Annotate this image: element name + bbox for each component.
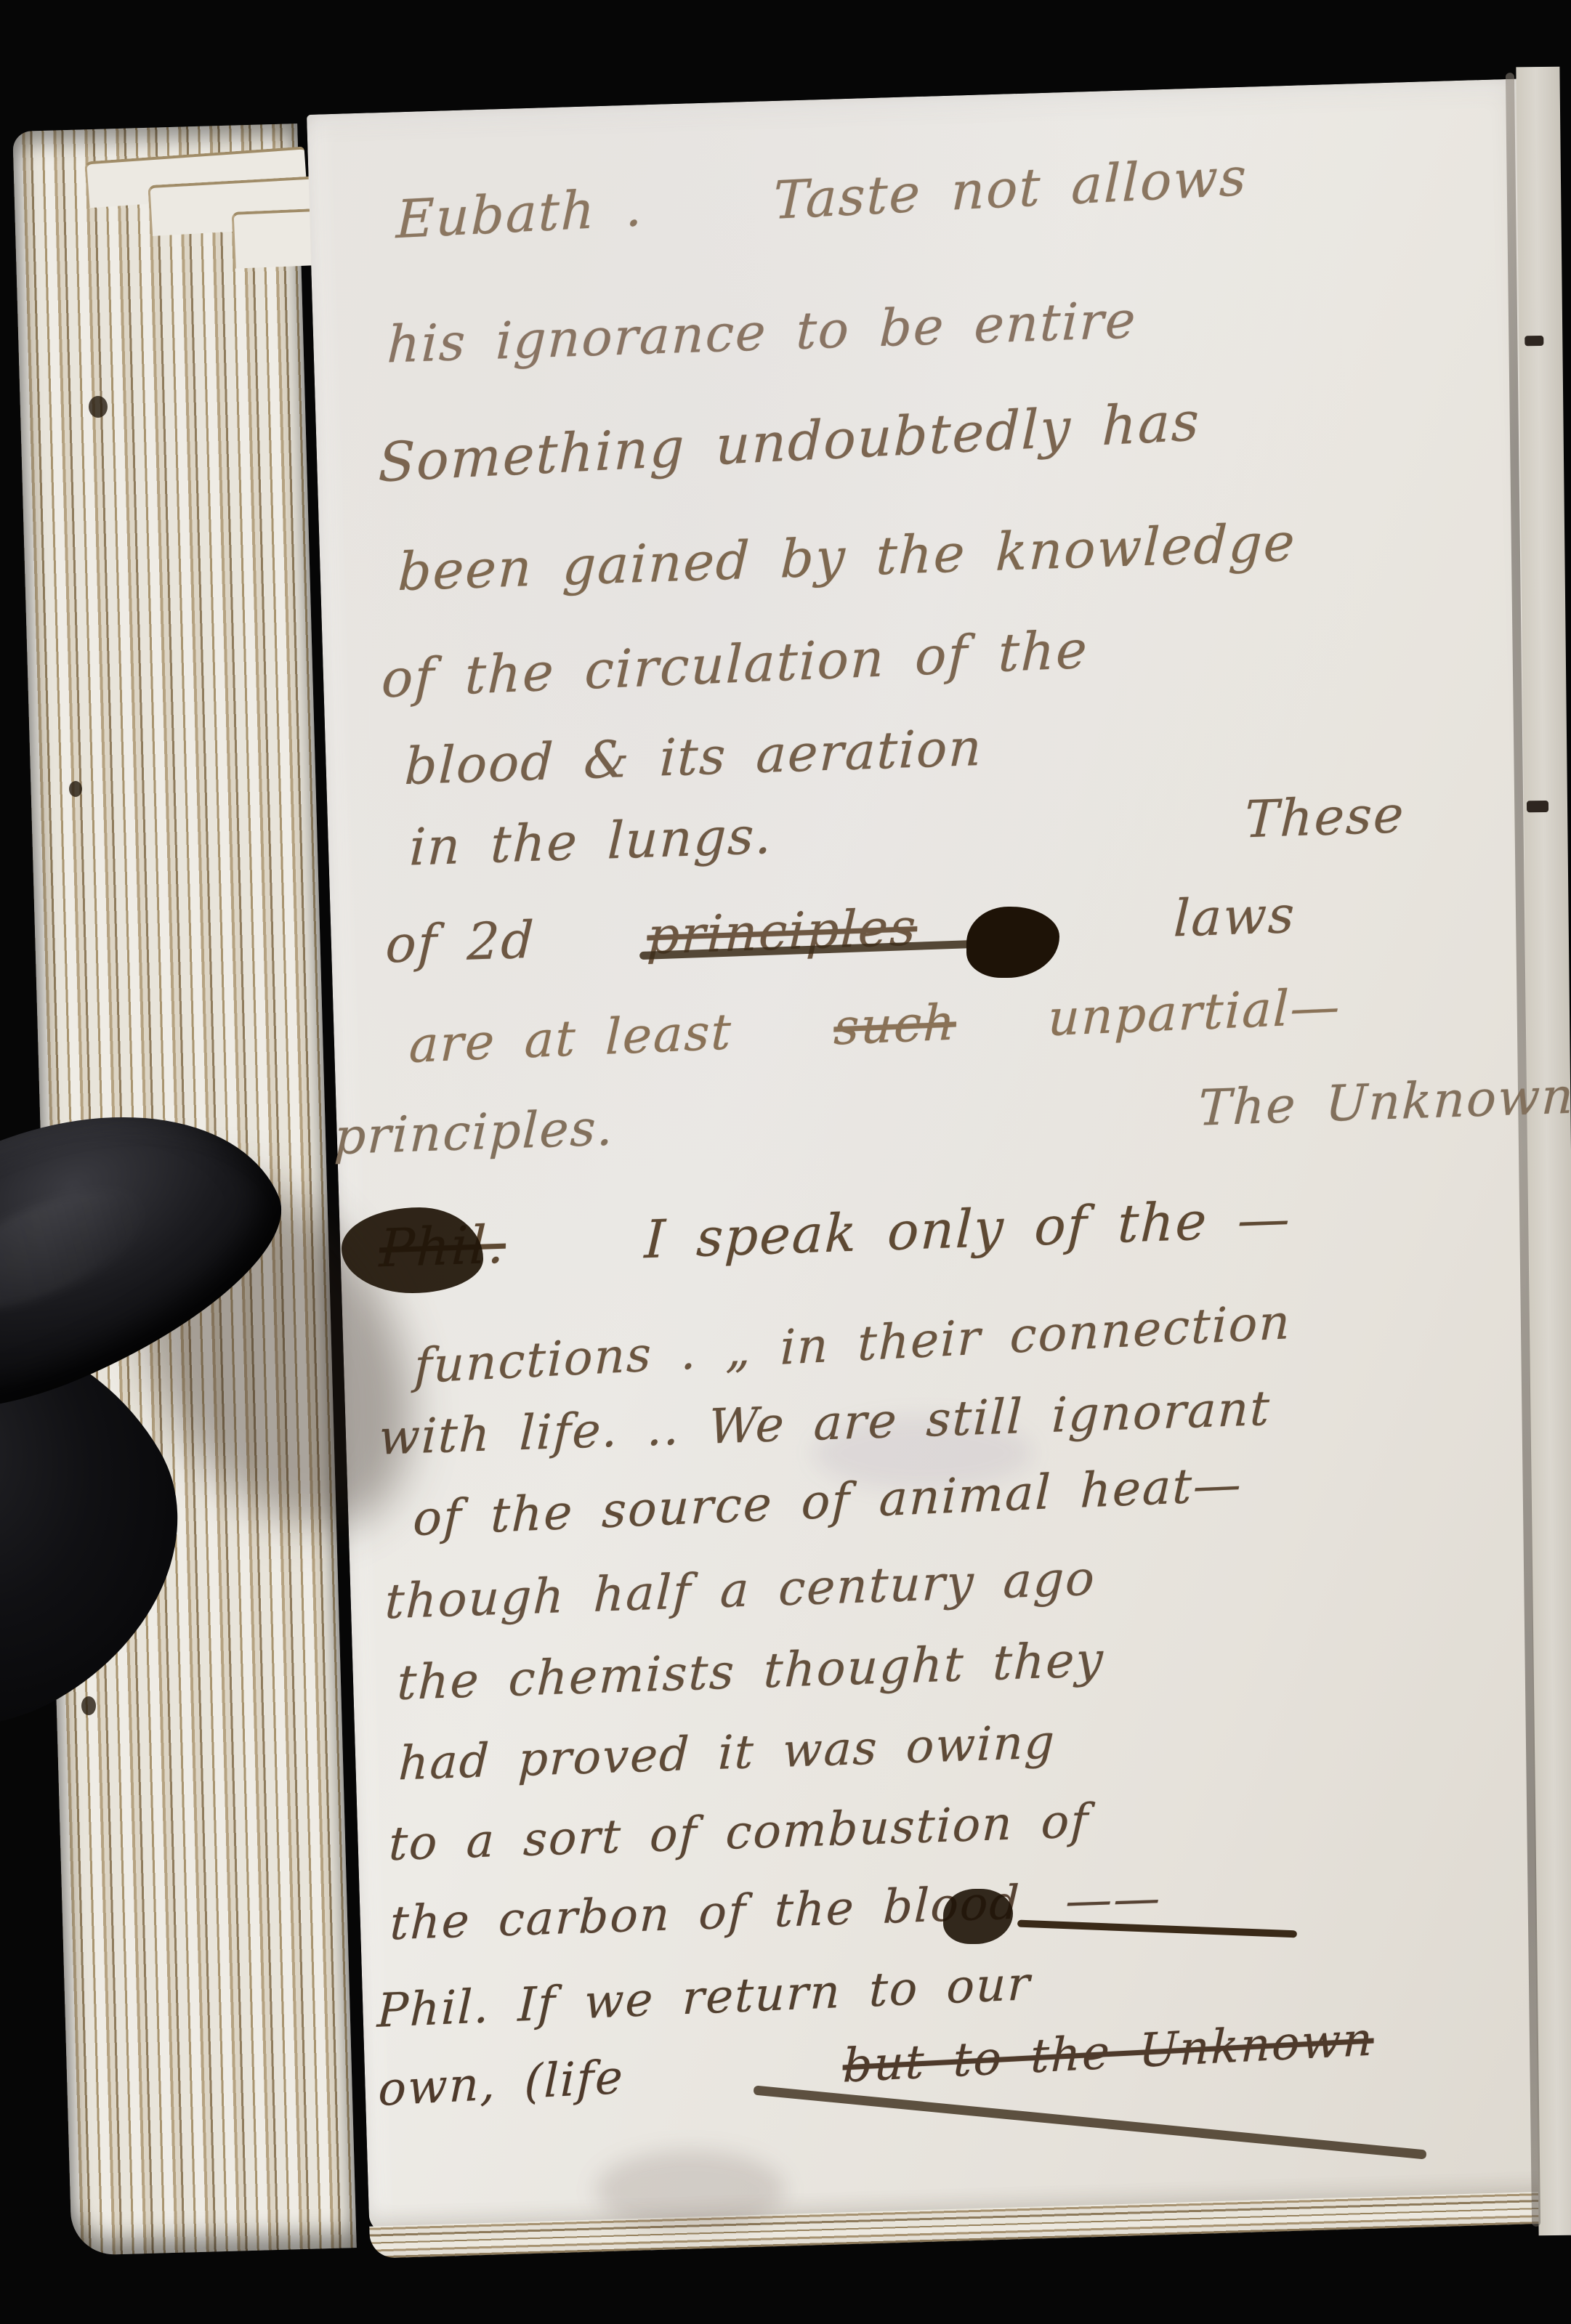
manuscript-word: Eubath .	[395, 177, 644, 250]
manuscript-word: been gained by the knowledge	[397, 511, 1297, 602]
manuscript-line: in the lungs.These	[408, 806, 774, 878]
manuscript-word: The Unknown	[1198, 1067, 1571, 1137]
manuscript-word: to a sort of combustion of	[388, 1794, 1090, 1871]
struck-text: such	[833, 994, 957, 1056]
manuscript-line: principles.The Unknown	[333, 1099, 615, 1166]
manuscript-word: though half a century ago	[384, 1550, 1097, 1630]
manuscript-line: to a sort of combustion of	[388, 1794, 1090, 1871]
manuscript-line: the carbon of the blood——	[389, 1876, 1022, 1951]
manuscript-line: of the circulation of the	[381, 619, 1089, 710]
manuscript-word: unpartial—	[1047, 978, 1341, 1048]
manuscript-word: with life. .. We are still ignorant	[378, 1380, 1272, 1466]
manuscript-text-layer: Eubath .Taste not allowshis ignorance to…	[0, 0, 1571, 2324]
manuscript-line: Phil. If we return to our	[376, 1957, 1032, 2038]
manuscript-word: his ignorance to be entire	[386, 290, 1138, 374]
manuscript-word: blood & its aeration	[403, 718, 983, 797]
manuscript-line: blood & its aeration	[403, 718, 983, 797]
manuscript-line: own, (lifebut to the Unknown	[378, 2051, 625, 2117]
manuscript-line: of the source of animal heat—	[412, 1456, 1243, 1547]
manuscript-line: his ignorance to be entire	[386, 290, 1138, 374]
manuscript-word: laws	[1173, 885, 1297, 949]
manuscript-line: Eubath .Taste not allows	[395, 177, 644, 250]
manuscript-word: These	[1244, 785, 1406, 849]
manuscript-line: the chemists thought they	[396, 1632, 1105, 1711]
struck-text: but to the Unknown	[842, 2012, 1374, 2093]
manuscript-word: of the circulation of the	[381, 619, 1089, 710]
manuscript-photo-scene: Eubath .Taste not allowshis ignorance to…	[0, 0, 1571, 2324]
manuscript-word: in the lungs.	[408, 806, 774, 878]
manuscript-word: the chemists thought they	[396, 1632, 1105, 1711]
manuscript-line: functions . „ in their connection	[413, 1294, 1291, 1394]
manuscript-word: own, (life	[378, 2051, 625, 2117]
manuscript-line: are at leastsuchunpartial—	[408, 1003, 733, 1074]
manuscript-word: ——	[1065, 1871, 1163, 1929]
manuscript-word: Taste not allows	[773, 146, 1248, 231]
manuscript-word: I speak only of the —	[644, 1188, 1293, 1271]
manuscript-word: are at least	[408, 1003, 733, 1074]
manuscript-line: of 2dprincipleslaws	[384, 910, 536, 975]
manuscript-line: though half a century ago	[384, 1550, 1097, 1630]
manuscript-line: been gained by the knowledge	[397, 511, 1297, 602]
manuscript-word: of 2d	[384, 910, 536, 975]
manuscript-line: Something undoubtedly has	[378, 390, 1201, 495]
manuscript-line: had proved it was owing	[397, 1715, 1057, 1791]
manuscript-word: functions . „ in their connection	[413, 1294, 1291, 1394]
manuscript-word: Something undoubtedly has	[378, 390, 1201, 495]
manuscript-word: the carbon of the blood	[389, 1876, 1022, 1951]
manuscript-word: had proved it was owing	[397, 1715, 1057, 1791]
manuscript-line: with life. .. We are still ignorant	[378, 1380, 1272, 1466]
manuscript-word: principles.	[333, 1099, 615, 1166]
manuscript-word: Phil. If we return to our	[376, 1957, 1032, 2038]
ink-blot	[342, 1207, 483, 1293]
manuscript-word: of the source of animal heat—	[412, 1456, 1243, 1547]
